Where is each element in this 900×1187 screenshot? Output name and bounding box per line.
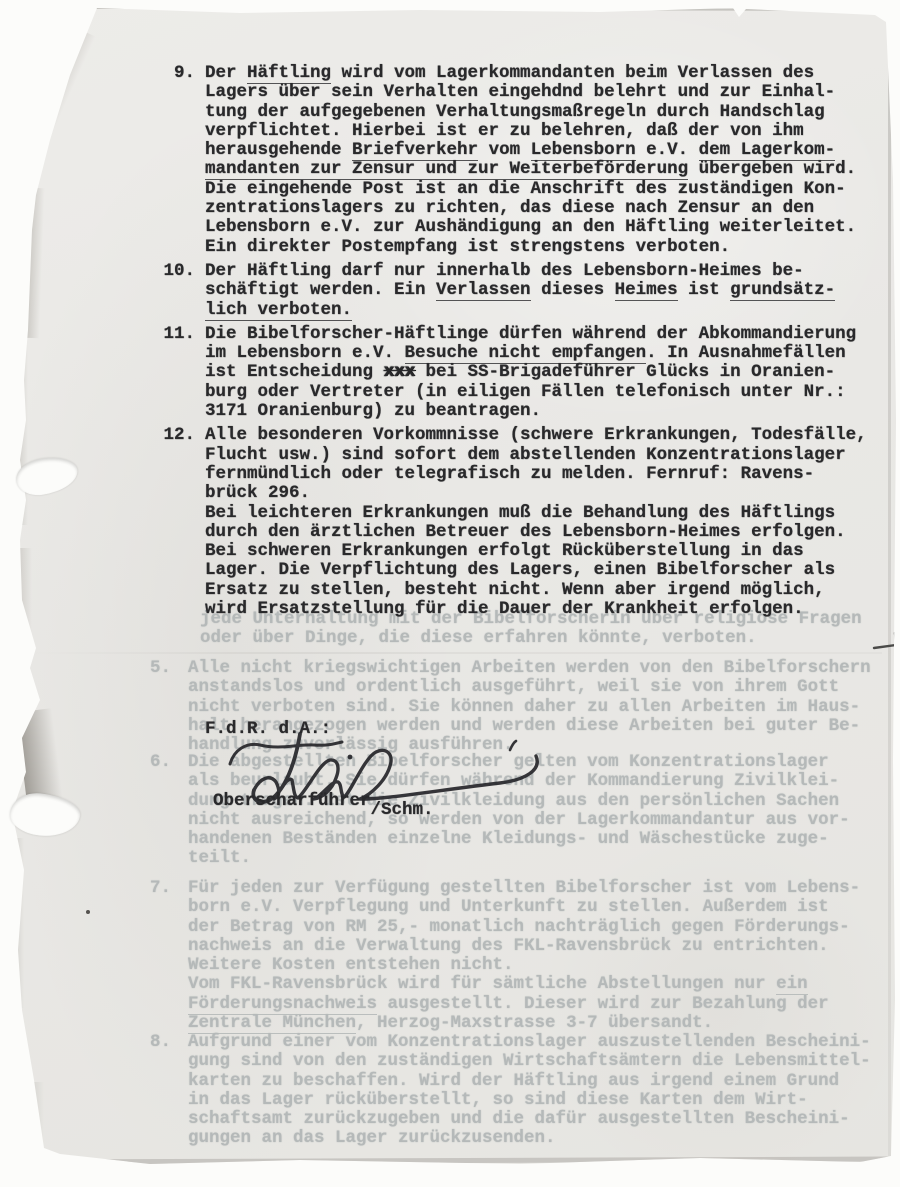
paragraph-number: 9.	[155, 64, 195, 257]
torn-edge-shading	[12, 838, 24, 1008]
paragraph-text: Der Häftling wird vom Lagerkommandanten …	[205, 64, 856, 257]
paper-bottom-edge	[30, 1156, 890, 1164]
ink-speck	[86, 910, 90, 914]
paragraph-11: 11. Die Bibelforscher-Häftlinge dürfen w…	[155, 325, 867, 421]
paper-right-edge	[888, 20, 891, 1156]
paragraph-number: 12.	[155, 426, 195, 619]
paragraph-9: 9. Der Häftling wird vom Lagerkommandant…	[155, 64, 867, 257]
margin-pen-mark	[872, 630, 900, 656]
rank-label: Oberscharführer	[213, 791, 371, 811]
torn-edge-shading	[16, 345, 28, 525]
bleedthrough-text: Für jeden zur Verfügung gestellten Bibel…	[188, 879, 860, 1033]
bleedthrough-item-number: 7.	[150, 879, 176, 1033]
rank-and-initials-line: Oberscharführer/Schm.	[213, 792, 434, 811]
bleedthrough-text: Aufgrund einer vom Konzentrationslager a…	[188, 1033, 871, 1149]
paper-sheet: jede Unterhaltung mit der Bibelforscheri…	[0, 0, 900, 1187]
paragraph-12: 12. Alle besonderen Vorkommnisse (schwer…	[155, 426, 867, 619]
paragraph-10: 10. Der Häftling darf nur innerhalb des …	[155, 262, 867, 320]
torn-edge-shading	[25, 188, 44, 338]
paragraph-text: Die Bibelforscher-Häftlinge dürfen währe…	[205, 325, 856, 421]
bleedthrough-item-number: 6.	[150, 753, 176, 869]
paper-crease	[30, 652, 882, 654]
typed-text-body: 9. Der Häftling wird vom Lagerkommandant…	[155, 64, 867, 624]
torn-edge-shading	[30, 30, 95, 151]
paper-top-edge	[96, 7, 878, 11]
bleedthrough-item-7: 7. Für jeden zur Verfügung gestellten Bi…	[150, 879, 860, 1033]
paragraph-text: Alle besonderen Vorkommnisse (schwere Er…	[205, 426, 867, 619]
torn-edge-shading	[28, 1082, 44, 1146]
scanned-document-page: jede Unterhaltung mit der Bibelforscheri…	[0, 0, 900, 1187]
bleedthrough-item-8: 8. Aufgrund einer vom Konzentrationslage…	[150, 1033, 871, 1149]
paragraph-number: 10.	[155, 262, 195, 320]
paragraph-text: Der Häftling darf nur innerhalb des Lebe…	[205, 262, 835, 320]
torn-edge-shading	[18, 548, 32, 663]
bleedthrough-item-number: 8.	[150, 1033, 176, 1149]
bleedthrough-item-number: 5.	[150, 659, 176, 755]
paragraph-number: 11.	[155, 325, 195, 421]
typist-initials: /Schm.	[371, 800, 434, 820]
